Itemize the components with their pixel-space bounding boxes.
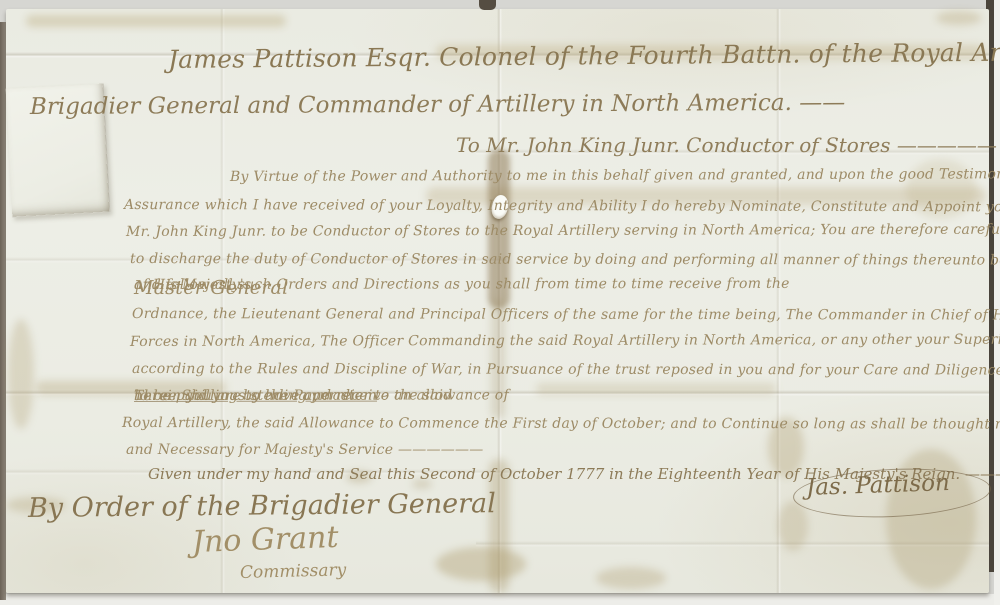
stain-bottom-center <box>436 547 526 581</box>
stain-left-edge <box>8 319 34 429</box>
body-line-7: Forces in North America, The Officer Com… <box>130 332 1000 350</box>
body-line-4: to discharge the duty of Conductor of St… <box>130 251 1000 269</box>
title-line-2: Brigadier General and Commander of Artil… <box>30 90 845 120</box>
body-line-11: and Necessary for Majesty's Service ————… <box>126 442 484 458</box>
body-line-1: By Virtue of the Power and Authority to … <box>230 166 1000 185</box>
top-fold-notch <box>479 0 496 10</box>
body-line-5-post: of His Majesty's <box>134 277 251 293</box>
body-line-6: Ordnance, the Lieutenant General and Pri… <box>132 306 1000 324</box>
addressee-line: To Mr. John King Junr. Conductor of Stor… <box>456 133 997 157</box>
body-line-10: Royal Artillery, the said Allowance to C… <box>122 415 1000 433</box>
commissary-title: Commissary <box>240 560 347 583</box>
stain-bottom-center-2 <box>596 567 666 589</box>
title-line-1: James Pattison Esqr. Colonel of the Four… <box>168 37 1000 74</box>
commissary-signature: Jno Grant <box>191 520 339 560</box>
photo-right-margin <box>994 0 1000 605</box>
stain-right-crease-2 <box>778 501 808 551</box>
body-line-8: according to the Rules and Discipline of… <box>132 361 1000 379</box>
colonel-signature: Jas. Pattison <box>806 470 951 501</box>
body-line-2: Assurance which I have received of your … <box>124 197 1000 215</box>
stain-top-left <box>26 15 286 27</box>
photo-bottom-margin <box>0 594 1000 605</box>
body-line-3: Mr. John King Junr. to be Conductor of S… <box>126 221 1000 240</box>
stain-top-right <box>936 11 982 25</box>
parchment-sheet: James Pattison Esqr. Colonel of the Four… <box>6 9 989 593</box>
stain-middle-center <box>536 383 776 395</box>
body-line-9-post: to be paid you by the Paymaster to the s… <box>134 387 452 404</box>
by-order-line: By Order of the Brigadier General <box>28 488 496 524</box>
